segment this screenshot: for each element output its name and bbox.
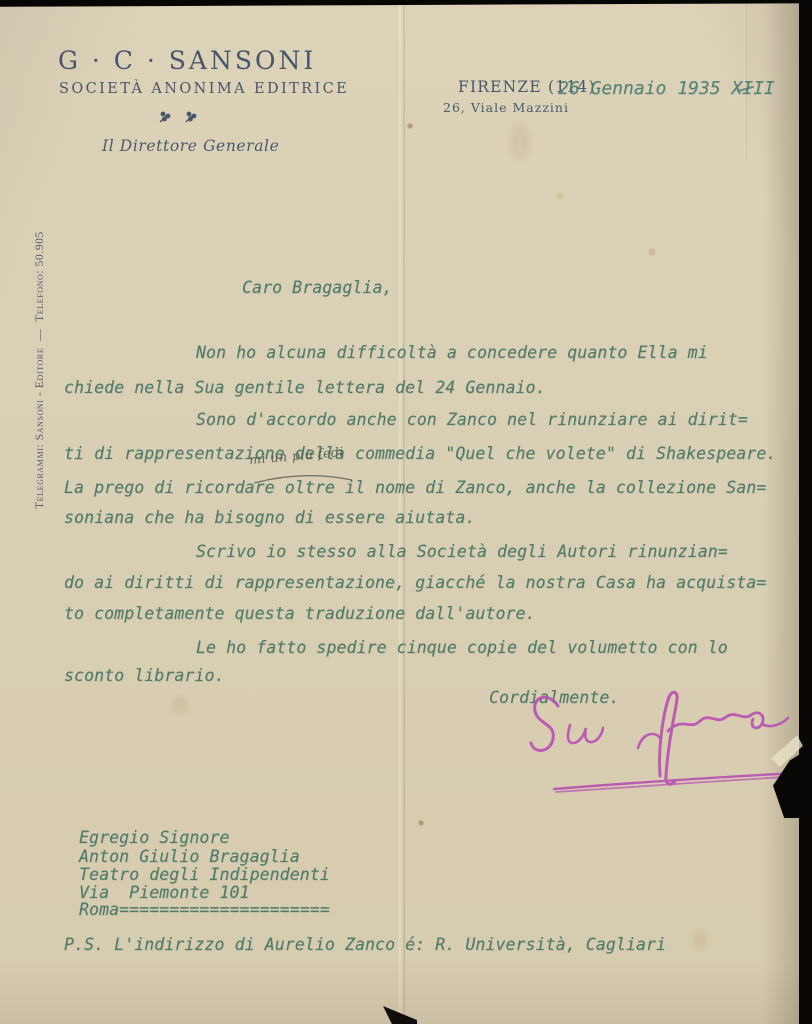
annotation-caret-icon xyxy=(252,468,356,486)
letterhead-brand: G · C · SANSONI xyxy=(58,46,316,75)
body-line: La prego di ricordare oltre il nome di Z… xyxy=(64,479,766,497)
recipient-line: Anton Giulio Bragaglia xyxy=(79,848,300,866)
letter-page: G · C · SANSONI SOCIETÀ ANONIMA EDITRICE… xyxy=(0,0,812,1024)
letterhead-subtitle: SOCIETÀ ANONIMA EDITRICE xyxy=(59,81,349,97)
signature-scrawl xyxy=(518,688,812,800)
fleuron-icon xyxy=(156,109,204,125)
letterhead-role: Il Direttore Generale xyxy=(102,137,279,155)
recipient-line: Teatro degli Indipendenti xyxy=(79,866,330,884)
salutation: Caro Bragaglia, xyxy=(242,279,393,297)
scan-edge-top xyxy=(0,0,812,7)
postscript: P.S. L'indirizzo di Aurelio Zanco é: R. … xyxy=(64,936,666,954)
body-line: Scrivo io stesso alla Società degli Auto… xyxy=(196,543,728,561)
body-line: Non ho alcuna difficoltà a concedere qua… xyxy=(196,344,708,362)
street-address: 26, Viale Mazzini xyxy=(443,100,569,115)
cursor-arrow-fragment xyxy=(383,1006,417,1024)
body-line: do ai diritti di rappresentazione, giacc… xyxy=(64,574,766,592)
scan-edge-right xyxy=(799,0,812,1024)
body-line: Le ho fatto spedire cinque copie del vol… xyxy=(196,639,728,657)
recipient-line: Roma===================== xyxy=(79,901,330,919)
body-line: sconto librario. xyxy=(64,667,225,685)
body-line: to completamente questa traduzione dall'… xyxy=(64,605,536,623)
body-line: soniana che ha bisogno di essere aiutata… xyxy=(64,509,475,527)
body-line: Sono d'accordo anche con Zanco nel rinun… xyxy=(196,411,748,429)
recipient-line: Egregio Signore xyxy=(79,829,230,847)
side-vertical-note: Telegrammi: Sansoni - Editore — Telefono… xyxy=(34,255,46,509)
body-line: ti di rappresentazione della commedia "Q… xyxy=(64,445,776,463)
body-line: chiede nella Sua gentile lettera del 24 … xyxy=(64,379,546,397)
